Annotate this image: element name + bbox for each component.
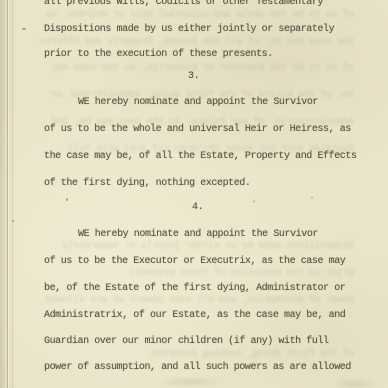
ink-speck [22,28,26,30]
paper-crease [12,0,13,388]
typewritten-line: of the first dying, nothing excepted. [44,178,251,189]
typewritten-line: prior to the execution of these presents… [44,49,273,60]
typewritten-line: Administratrix, of our Estate, as the ca… [44,310,345,321]
typewritten-line: the case may be, of all the Estate, Prop… [44,151,357,162]
typewritten-line: WE hereby nominate and appoint the Survi… [78,97,318,108]
typewritten-line: WE hereby nominate and appoint the Survi… [78,229,318,240]
ink-speck [66,198,68,201]
ink-speck [12,220,14,222]
typewritten-line: be, of the Estate of the first dying, Ad… [44,283,345,294]
typewritten-line: of us to be the whole and universal Heir… [44,124,351,135]
bleed-through-line: of the first dying, nothing excepted. [34,349,354,360]
bleed-through-line: the case may be, of all the Estate, Prop… [34,37,354,48]
bleed-through-line: of us to be the whole and universal Heir… [34,10,354,21]
bleed-smudge [320,378,388,388]
typewritten-line: of us to be the Executor or Executrix, a… [44,256,345,267]
section-number-3: 3. [188,71,199,82]
bleed-through-line: prior to the execution of these presents… [34,268,354,279]
section-number-4: 4. [192,202,203,213]
typewritten-line: power of assumption, and all such powers… [44,362,351,373]
ink-speck [334,313,336,315]
typewritten-line: Dispositions made by us either jointly o… [44,24,334,35]
bleed-through-line: Dispositions made by us either jointly o… [34,241,354,252]
bleed-through-line: power of assumption, and all such powers… [34,295,354,306]
typewritten-line: Guardian over our minor children (if any… [44,336,329,347]
ink-speck [253,200,255,203]
ink-speck [311,196,313,199]
paper-crease-highlight [8,0,9,388]
typewritten-line: all previous Wills, Codicils or other Te… [44,0,323,8]
bleed-smudge [140,376,240,388]
scanned-will-page: of us to be the whole and universal Heir… [0,0,388,388]
